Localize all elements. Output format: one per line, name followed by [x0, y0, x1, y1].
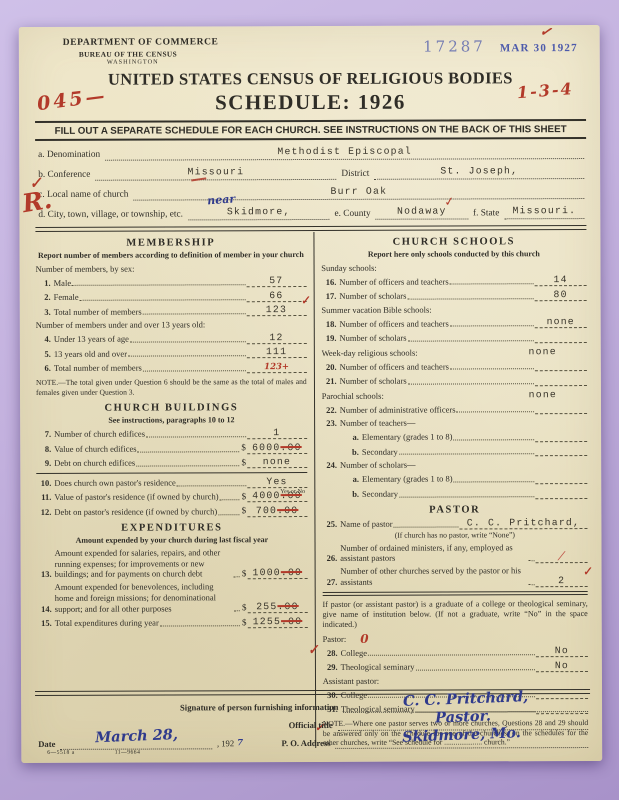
scanned-document-photo: { "colors":{"background":"#c3b1de","pape… — [0, 0, 619, 800]
group-text: Pastor: — [323, 634, 347, 644]
field-value: 4000.00 — [252, 490, 302, 501]
question-row: 15.Total expenditures during year$1255.0… — [37, 616, 308, 629]
question-row: a.Elementary (grades 1 to 8) — [344, 430, 587, 443]
answer-field: No — [536, 660, 588, 672]
question-number: 19. — [321, 333, 336, 344]
value-dollars: 700 — [256, 505, 277, 516]
field-value: Burr Oak — [330, 186, 387, 197]
question-number: 18. — [321, 319, 336, 330]
group-text: Number of members, by sex: — [36, 263, 135, 273]
field-label: a. Denomination — [35, 150, 103, 161]
value-cents-struck: .00 — [277, 601, 298, 612]
question-row: 6.Total number of members123+ — [36, 361, 307, 374]
question-label: Total expenditures during year — [55, 618, 159, 629]
field-value: 6000.00 — [252, 442, 302, 453]
question-label: Number of scholars — [340, 376, 407, 387]
note-text: If pastor (or assistant pastor) is a gra… — [322, 599, 587, 631]
field-value: 2 — [558, 575, 565, 586]
red-margin-initial: R. — [20, 185, 54, 218]
handwritten-above: near — [207, 195, 235, 206]
fill-in-line: Skidmore,near — [188, 207, 330, 220]
answer-field: No — [536, 645, 588, 657]
identity-row: c. Local name of churchBurr Oak — [35, 186, 586, 201]
answer-field: 1255.00 — [247, 616, 307, 628]
answer-field: YesYes or No — [247, 476, 307, 488]
dollar-sign: $ — [242, 568, 247, 579]
note-text: NOTE.—The total given under Question 6 s… — [36, 377, 307, 398]
section-subheading: Report here only schools conducted by th… — [321, 249, 586, 260]
field-value: Nodaway — [397, 205, 447, 216]
group-label: Week-day religious schools:none — [322, 346, 587, 358]
dotted-leader — [454, 439, 535, 440]
value-cents-struck: .00 — [280, 442, 301, 453]
question-label: Secondary — [362, 489, 398, 500]
answer-field: 111 — [247, 346, 307, 358]
question-number: 2. — [36, 292, 51, 303]
field-value: 80 — [554, 289, 568, 300]
question-number: 12. — [36, 507, 51, 518]
section-heading: EXPENDITURES — [36, 522, 307, 534]
red-check-icon: ✓ — [443, 195, 455, 210]
signature-section: Signature of person furnishing informati… — [35, 683, 590, 756]
question-number: 4. — [36, 334, 51, 345]
question-number: 24. — [322, 460, 337, 471]
form-number: 6—5518 a — [47, 750, 74, 756]
dotted-leader — [399, 496, 534, 497]
identity-section: a. DenominationMethodist Episcopalb. Con… — [35, 146, 586, 221]
question-number: a. — [344, 432, 359, 443]
group-label: Pastor:0 — [323, 633, 588, 644]
question-label: Debt on church edifices — [54, 458, 135, 469]
question-row: 8.Value of church edifices$6000.00 — [36, 442, 307, 455]
form-section: MEMBERSHIPReport number of members accor… — [35, 237, 306, 398]
form-schedule-title: SCHEDULE: 1926 — [35, 89, 586, 116]
value-dollars: 6000 — [252, 442, 280, 453]
section-subheading: Report number of members according to de… — [35, 250, 306, 261]
field-value: 14 — [553, 274, 567, 285]
stamp-check-icon: ✓ — [539, 25, 553, 41]
question-label: Number of scholars— — [340, 460, 416, 471]
group-label: Number of members under and over 13 year… — [36, 319, 307, 330]
question-row: 9.Debt on church edifices$none — [36, 456, 307, 469]
question-label: Amount expended for salaries, repairs, a… — [55, 547, 233, 579]
form-section: EXPENDITURESAmount expended by your chur… — [36, 522, 307, 629]
dotted-leader — [407, 298, 533, 299]
question-row: 19.Number of scholars — [321, 331, 586, 344]
value-cents-struck: .00 — [277, 505, 298, 516]
section-heading: CHURCH SCHOOLS — [321, 236, 586, 248]
answer-field: 12 — [246, 332, 306, 344]
question-label: Number of scholars — [339, 333, 406, 344]
form-columns: MEMBERSHIPReport number of members accor… — [35, 231, 588, 749]
group-label: Number of members, by sex: — [36, 263, 307, 274]
field-value: 66 — [269, 290, 283, 301]
dotted-leader — [450, 326, 534, 327]
identity-row: d. City, town, village, or township, etc… — [35, 206, 586, 221]
field-value: C. C. Pritchard, — [403, 691, 528, 707]
question-row: 25.Name of pastorC. C. Pritchard, — [322, 517, 587, 530]
question-label: Number of ordained ministers, if any, em… — [340, 542, 527, 564]
field-value: 111 — [266, 346, 287, 357]
dotted-leader — [457, 412, 535, 413]
fill-in-line: Missouri — [95, 167, 336, 181]
dollar-sign: $ — [242, 506, 247, 517]
field-value: Pastor. — [435, 710, 491, 724]
question-row: 17.Number of scholars80 — [321, 289, 586, 302]
field-value: 1000.00 — [253, 567, 303, 578]
answer-field: 1 — [247, 427, 307, 439]
form-title: UNITED STATES CENSUS OF RELIGIOUS BODIES — [35, 68, 586, 90]
dotted-leader — [450, 284, 534, 285]
value-dollars: 4000 — [252, 490, 280, 501]
received-stamp: ✓ 17287 MAR 30 1927 — [423, 37, 578, 57]
question-number: 13. — [37, 569, 52, 580]
question-label: Number of administrative officers — [340, 404, 456, 415]
question-row: 28.CollegeNo — [323, 645, 588, 658]
question-row: 13.Amount expended for salaries, repairs… — [37, 547, 308, 580]
question-number: 3. — [36, 307, 51, 318]
dotted-leader — [394, 527, 459, 528]
question-label: Theological seminary — [341, 662, 415, 673]
question-label: 13 years old and over — [54, 348, 127, 359]
field-value: St. Joseph, — [440, 165, 518, 176]
section-heading: CHURCH BUILDINGS — [36, 402, 307, 414]
dotted-leader — [138, 451, 240, 452]
question-row: b.Secondary — [344, 487, 587, 500]
question-label: Value of pastor's residence (if owned by… — [54, 492, 218, 503]
red-check-icon: ✓ — [307, 642, 319, 658]
answer-field — [535, 445, 587, 457]
field-label: P. O. Address — [278, 739, 333, 749]
fill-in-line: Skidmore, Mo. — [336, 735, 589, 749]
answer-field: 123+ — [247, 361, 307, 373]
field-label: District — [338, 169, 372, 180]
dotted-leader — [136, 465, 239, 466]
answer-field — [535, 331, 587, 343]
group-label: Sunday schools: — [321, 262, 586, 273]
question-number: b. — [344, 489, 359, 500]
value-dollars: 1255 — [253, 616, 281, 627]
answer-field: ⁄ — [536, 551, 588, 563]
field-value: 700.00 — [256, 505, 299, 516]
value-cents-struck: .00 — [281, 490, 302, 501]
answer-field: 123✓ — [246, 304, 306, 316]
field-value: none — [547, 316, 575, 327]
fill-in-line: Methodist Episcopal — [105, 146, 584, 161]
field-label: d. City, town, village, or township, etc… — [35, 210, 186, 221]
question-label: College — [341, 647, 367, 658]
question-row: 18.Number of officers and teachersnone — [321, 316, 586, 329]
field-value: 255.00 — [256, 601, 299, 612]
answer-field — [535, 472, 587, 484]
identity-row: a. DenominationMethodist Episcopal — [35, 146, 586, 161]
answer-field: 2✓ — [536, 575, 588, 587]
field-value: 123 — [266, 304, 287, 315]
signature-rows: Signature of person furnishing informati… — [35, 699, 590, 750]
question-row: 10.Does church own pastor's residenceYes… — [36, 476, 307, 489]
answer-field — [535, 402, 587, 414]
section-subheading: See instructions, paragraphs 10 to 12 — [36, 415, 307, 426]
dotted-leader — [234, 611, 240, 612]
dotted-leader — [450, 369, 534, 370]
question-label: Under 13 years of age — [54, 334, 129, 345]
field-value: Skidmore, Mo. — [402, 727, 521, 743]
answer-field: 4000.00 — [247, 490, 307, 502]
value-cents-struck: .00 — [281, 567, 302, 578]
question-row: 4.Under 13 years of age12 — [36, 332, 307, 345]
field-value: No — [555, 660, 569, 671]
dotted-leader — [529, 560, 535, 561]
answer-field: none — [247, 456, 307, 468]
question-label: Debt on pastor's residence (if owned by … — [54, 506, 217, 517]
form-section: CHURCH BUILDINGSSee instructions, paragr… — [36, 402, 307, 518]
answer-field: 6000.00 — [247, 442, 307, 454]
group-side-value: none — [529, 389, 557, 400]
answer-field: 700.00 — [247, 505, 307, 517]
question-label: Number of officers and teachers — [339, 318, 448, 329]
dotted-leader — [177, 485, 246, 486]
signature-row: Signature of person furnishing informati… — [35, 699, 590, 714]
question-number: 5. — [36, 349, 51, 360]
place-line: WASHINGTON — [107, 57, 586, 67]
answer-field: 66 — [246, 290, 306, 302]
section-heading: PASTOR — [322, 504, 587, 516]
question-number: 20. — [322, 362, 337, 373]
question-number: 28. — [323, 647, 338, 658]
note-body: If pastor (or assistant pastor) is a gra… — [322, 599, 587, 630]
group-text: Sunday schools: — [321, 263, 377, 273]
question-label: Does church own pastor's residence — [54, 477, 175, 488]
field-label: b. Conference — [35, 170, 93, 181]
red-slash-mark: ⁄ — [561, 549, 563, 563]
field-value: Methodist Episcopal — [277, 145, 412, 156]
field-value: none — [263, 456, 291, 467]
question-number: 26. — [322, 553, 337, 564]
value-dollars: 255 — [256, 601, 277, 612]
dotted-leader — [218, 514, 239, 515]
answer-field: none — [535, 316, 587, 328]
question-label: Total number of members — [54, 306, 142, 317]
answer-field: 1000.00 — [247, 567, 307, 579]
form-content: DEPARTMENT OF COMMERCE BUREAU OF THE CEN… — [19, 25, 603, 763]
right-column: CHURCH SCHOOLSReport here only schools c… — [313, 231, 588, 748]
question-number: 17. — [321, 291, 336, 302]
question-row: 21.Number of scholars — [322, 374, 587, 387]
question-label: Elementary (grades 1 to 8) — [362, 474, 453, 485]
field-value: March 28, — [95, 729, 178, 744]
question-row: 26.Number of ordained ministers, if any,… — [322, 542, 587, 564]
question-label: Elementary (grades 1 to 8) — [362, 432, 453, 443]
group-text: Summer vacation Bible schools: — [321, 304, 431, 314]
field-value: C. C. Pritchard, — [467, 517, 580, 528]
question-number: 1. — [36, 278, 51, 289]
question-label: Number of scholars — [339, 291, 406, 302]
red-check-icon: ✓ — [581, 564, 592, 579]
question-row: 3.Total number of members123✓ — [36, 304, 307, 317]
divider-rule — [36, 472, 307, 474]
field-value: 12 — [269, 332, 283, 343]
dotted-leader — [408, 383, 534, 384]
field-value: Yes — [266, 476, 287, 487]
dotted-leader — [454, 481, 535, 482]
note-body: NOTE.—The total given under Question 6 s… — [36, 377, 307, 397]
heavy-divider-rule — [322, 591, 587, 596]
question-number: b. — [344, 447, 359, 458]
question-row: 16.Number of officers and teachers14 — [321, 274, 586, 287]
census-form-paper: DEPARTMENT OF COMMERCE BUREAU OF THE CEN… — [19, 25, 603, 763]
dollar-sign: $ — [241, 443, 246, 454]
question-row: 20.Number of officers and teachers — [322, 359, 587, 372]
question-row: 23.Number of teachers— — [322, 417, 587, 429]
question-row: 2.Female66 — [36, 290, 307, 303]
question-row: a.Elementary (grades 1 to 8) — [344, 472, 587, 485]
fill-in-line: Burr Oak — [133, 186, 584, 201]
question-number: 16. — [321, 277, 336, 288]
dotted-leader — [368, 654, 535, 656]
question-number: 14. — [37, 604, 52, 615]
question-row: 5.13 years old and over111 — [36, 346, 307, 359]
fill-in-line: St. Joseph, — [374, 166, 584, 180]
question-row: 11.Value of pastor's residence (if owned… — [36, 490, 307, 503]
question-label: Number of officers and teachers — [340, 361, 449, 372]
identity-row: b. ConferenceMissouriDistrictSt. Joseph, — [35, 166, 586, 181]
dotted-leader — [529, 584, 535, 585]
question-label: Number of teachers— — [340, 417, 416, 428]
question-number: 11. — [36, 492, 51, 503]
question-number: 29. — [323, 662, 338, 673]
question-number: 6. — [36, 363, 51, 374]
form-section: CHURCH SCHOOLSReport here only schools c… — [321, 236, 587, 500]
dotted-leader — [160, 625, 240, 626]
dotted-leader — [72, 285, 245, 287]
form-number: 11—9664 — [115, 750, 141, 756]
value-cents-struck: .00 — [281, 616, 302, 627]
center-note: (If church has no pastor, write “None”) — [322, 530, 587, 540]
left-column: MEMBERSHIPReport number of members accor… — [35, 232, 315, 749]
dotted-leader — [143, 314, 246, 315]
question-label: Female — [54, 292, 79, 303]
field-label: Signature of person furnishing informati… — [177, 703, 341, 713]
field-label: , 192 — [214, 739, 237, 749]
answer-field — [535, 430, 587, 442]
question-row: 29.Theological seminaryNo — [323, 660, 588, 673]
question-number: 8. — [36, 444, 51, 455]
dollar-sign: $ — [242, 617, 247, 628]
answer-field: 57 — [246, 275, 306, 287]
answer-field — [535, 374, 587, 386]
question-label: Value of church edifices — [54, 444, 136, 455]
question-row: 24.Number of scholars— — [322, 459, 587, 471]
question-number: 21. — [322, 376, 337, 387]
question-label: Secondary — [362, 447, 398, 458]
question-number: 15. — [37, 618, 52, 629]
fill-in-line: March 28, — [60, 736, 212, 750]
stamp-serial-number: 17287 — [423, 37, 486, 55]
dotted-leader — [128, 356, 246, 357]
stamp-date: MAR 30 1927 — [500, 42, 578, 54]
dotted-leader — [399, 454, 534, 455]
dotted-leader — [143, 370, 246, 371]
question-number: 25. — [322, 519, 337, 530]
answer-field: 14 — [535, 274, 587, 286]
section-subheading: Amount expended by your church during la… — [36, 535, 307, 546]
question-label: Number of church edifices — [54, 429, 145, 440]
question-number: 10. — [36, 478, 51, 489]
field-label: Official title — [286, 721, 336, 731]
question-row: 7.Number of church edifices1 — [36, 427, 307, 440]
field-value: 1255.00 — [253, 616, 303, 627]
dotted-leader — [146, 436, 246, 437]
question-label: Male — [54, 278, 72, 289]
field-value: Missouri. — [512, 205, 576, 216]
field-value: Skidmore, — [227, 206, 291, 217]
dotted-leader — [416, 669, 535, 670]
question-row: 12.Debt on pastor's residence (if owned … — [36, 505, 307, 518]
section-heading: MEMBERSHIP — [35, 237, 306, 249]
question-number: a. — [344, 474, 359, 485]
field-label: e. County — [331, 209, 373, 220]
fill-in-line: Missouri. — [504, 206, 584, 219]
question-row: 14.Amount expended for benevolences, inc… — [37, 581, 308, 614]
red-check-icon: ✓ — [300, 294, 311, 309]
answer-field — [535, 359, 587, 371]
question-row: 22.Number of administrative officers — [322, 402, 587, 415]
field-value: 1 — [273, 427, 280, 438]
group-text: Parochial schools: — [322, 391, 384, 401]
question-row: b.Secondary — [344, 445, 587, 458]
answer-field: 80 — [535, 289, 587, 301]
group-label: Parochial schools:none — [322, 389, 587, 401]
instruction-banner: FILL OUT A SEPARATE SCHEDULE FOR EACH CH… — [35, 119, 586, 141]
question-number: 9. — [36, 458, 51, 469]
question-label: Number of officers and teachers — [339, 276, 448, 287]
field-label: Date — [35, 740, 58, 750]
dollar-sign: $ — [242, 602, 247, 613]
dollar-sign: $ — [242, 491, 247, 502]
value-dollars: 1000 — [253, 567, 281, 578]
question-number: 27. — [322, 577, 337, 588]
question-label: Total number of members — [54, 363, 142, 374]
group-side-value: 0 — [360, 635, 368, 643]
answer-field — [535, 487, 587, 499]
field-label: f. State — [470, 208, 502, 219]
question-label: Amount expended for benevolences, includ… — [55, 582, 233, 614]
dotted-leader — [408, 340, 534, 341]
handwritten-value: 7 — [237, 739, 243, 749]
answer-field: 255.00 — [247, 601, 307, 613]
question-row: 1.Male57 — [36, 275, 307, 288]
question-row: 27.Number of other churches served by th… — [322, 565, 587, 587]
group-text: Number of members under and over 13 year… — [36, 320, 206, 331]
dotted-leader — [130, 341, 246, 342]
signature-row: DateMarch 28,, 1927P. O. AddressSkidmore… — [35, 735, 590, 750]
dollar-sign: $ — [241, 457, 246, 468]
dotted-leader — [80, 299, 246, 301]
field-value: Missouri — [188, 166, 245, 177]
question-number: 22. — [322, 405, 337, 416]
field-value: 123+ — [264, 362, 289, 372]
group-label: Summer vacation Bible schools: — [321, 304, 586, 315]
group-text: Week-day religious schools: — [322, 347, 418, 357]
field-value: No — [555, 645, 569, 656]
question-label: Number of other churches served by the p… — [340, 566, 527, 588]
group-side-value: none — [528, 346, 556, 357]
fill-in-line: Nodaway✓ — [376, 206, 468, 219]
answer-field: C. C. Pritchard, — [459, 517, 587, 529]
dotted-leader — [234, 576, 240, 577]
question-label: Name of pastor — [340, 519, 392, 530]
question-number: 7. — [36, 429, 51, 440]
